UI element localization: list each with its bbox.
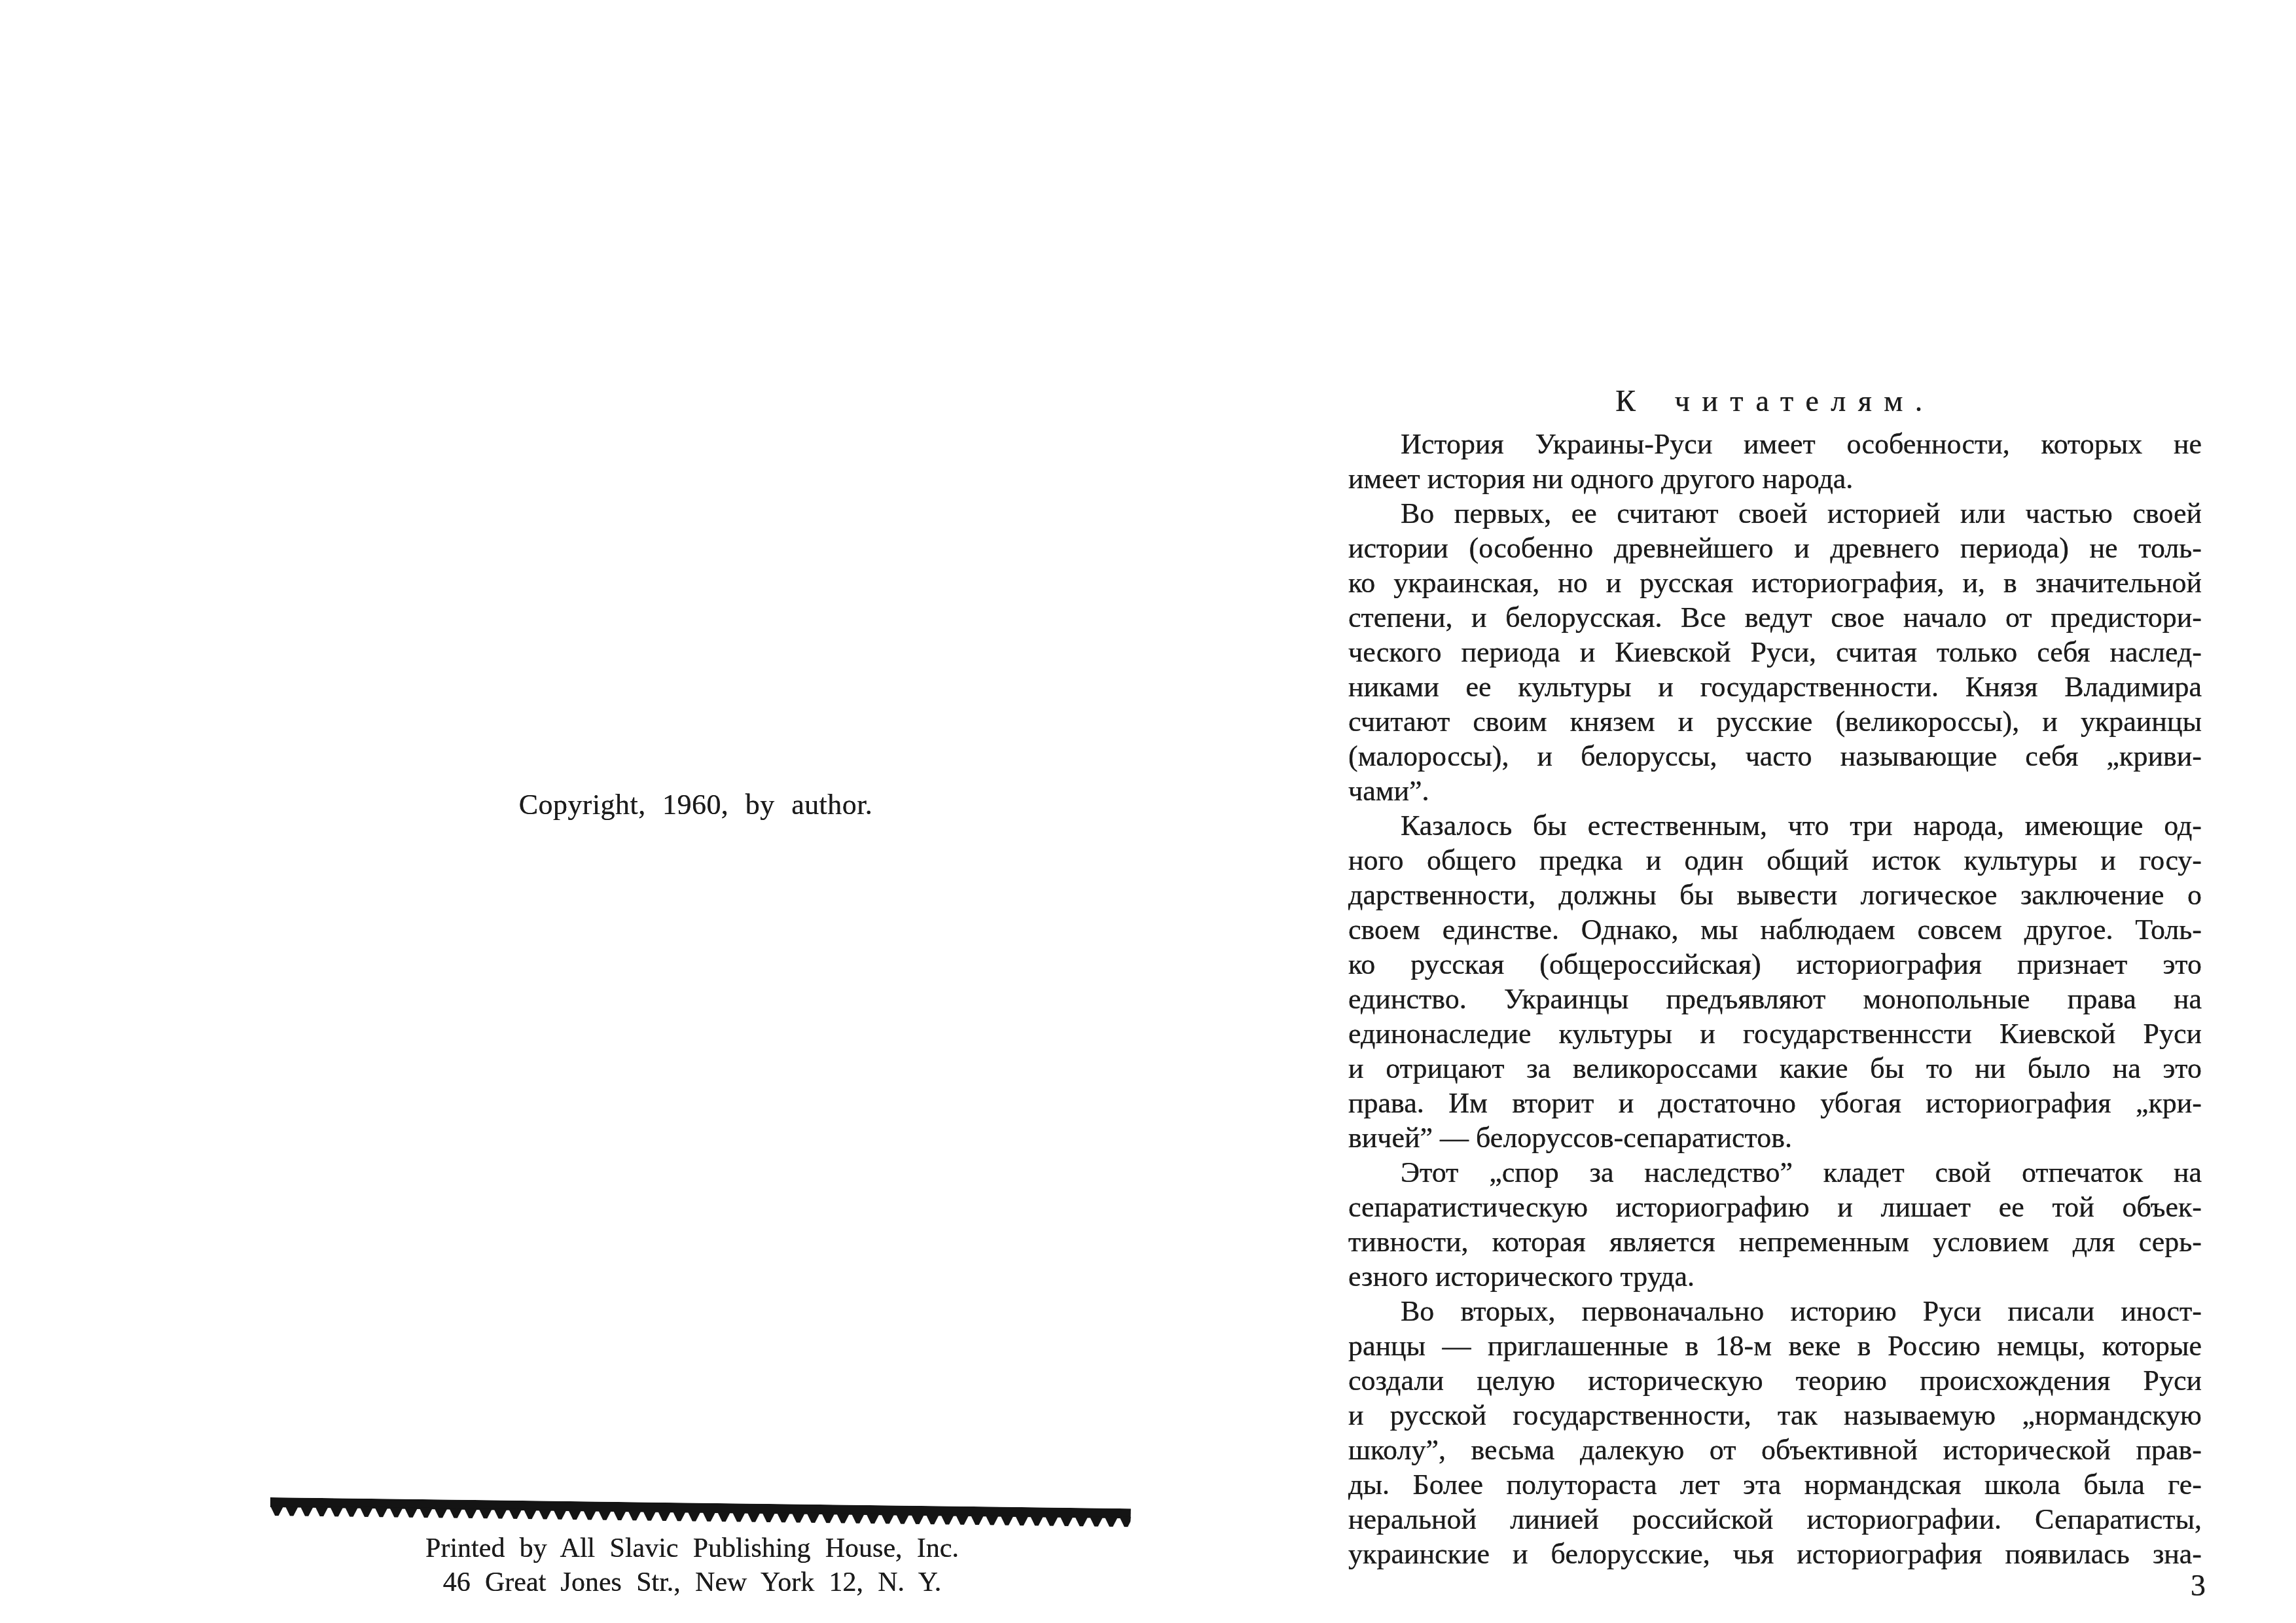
chapter-title: К читателям.: [1348, 383, 2202, 418]
text-line: никами ее культуры и государственности. …: [1348, 669, 2202, 704]
text-line: имеет история ни одного другого народа.: [1348, 461, 2202, 496]
text-line: дарственности, должны бы вывести логичес…: [1348, 878, 2202, 912]
text-line: История Украины-Руси имеет особенности, …: [1348, 427, 2202, 461]
text-line: ды. Более полутораста лет эта нормандска…: [1348, 1467, 2202, 1502]
text-line: неральной линией российской историографи…: [1348, 1502, 2202, 1537]
text-line: ческого периода и Киевской Руси, считая …: [1348, 635, 2202, 669]
text-line: истории (особенно древнейшего и древнего…: [1348, 531, 2202, 565]
text-line: ного общего предка и один общий исток ку…: [1348, 843, 2202, 878]
text-line: Казалось бы естественным, что три народа…: [1348, 808, 2202, 843]
text-line: и отрицают за великороссами какие бы то …: [1348, 1051, 2202, 1086]
text-line: тивности, которая является непременным у…: [1348, 1224, 2202, 1259]
text-line: чами”.: [1348, 774, 2202, 808]
text-line: вичей” — белоруссов-сепаратистов.: [1348, 1120, 2202, 1155]
text-line: сепаратистическую историографию и лишает…: [1348, 1190, 2202, 1224]
text-line: ранцы — приглашенные в 18-м веке в Росси…: [1348, 1329, 2202, 1363]
text-line: ко русская (общероссийская) историографи…: [1348, 947, 2202, 982]
text-line: своем единстве. Однако, мы наблюдаем сов…: [1348, 912, 2202, 947]
text-line: единонаследие культуры и государственнсс…: [1348, 1016, 2202, 1051]
text-line: и русской государственности, так называе…: [1348, 1398, 2202, 1433]
text-line: (малороссы), и белоруссы, часто называющ…: [1348, 739, 2202, 774]
text-line: права. Им вторит и достаточно убогая ист…: [1348, 1086, 2202, 1120]
book-spread: Copyright, 1960, by author. ▼▼▼▼▼▼▼▼▼▼▼▼…: [0, 0, 2296, 1623]
text-line: ко украинская, но и русская историографи…: [1348, 565, 2202, 600]
right-page: К читателям. История Украины-Руси имеет …: [0, 0, 2296, 1623]
page-number: 3: [1348, 1568, 2206, 1603]
text-line: степени, и белорусская. Все ведут свое н…: [1348, 600, 2202, 635]
paragraph: Во первых, ее считают своей историей или…: [1348, 496, 2202, 808]
body-text: История Украины-Руси имеет особенности, …: [1348, 427, 2202, 1571]
text-line: создали целую историческую теорию происх…: [1348, 1363, 2202, 1398]
paragraph: Этот „спор за наследство” кладет свой от…: [1348, 1155, 2202, 1294]
text-line: Во первых, ее считают своей историей или…: [1348, 496, 2202, 531]
paragraph: Казалось бы естественным, что три народа…: [1348, 808, 2202, 1155]
text-line: единство. Украинцы предъявляют монопольн…: [1348, 982, 2202, 1016]
text-line: школу”, весьма далекую от объективной ис…: [1348, 1433, 2202, 1467]
text-line: езного исторического труда.: [1348, 1259, 2202, 1294]
text-line: Этот „спор за наследство” кладет свой от…: [1348, 1155, 2202, 1190]
paragraph: История Украины-Руси имеет особенности, …: [1348, 427, 2202, 496]
text-line: Во вторых, первоначально историю Руси пи…: [1348, 1294, 2202, 1329]
text-line: украинские и белорусские, чья историогра…: [1348, 1537, 2202, 1571]
text-line: считают своим князем и русские (великоро…: [1348, 704, 2202, 739]
paragraph: Во вторых, первоначально историю Руси пи…: [1348, 1294, 2202, 1571]
